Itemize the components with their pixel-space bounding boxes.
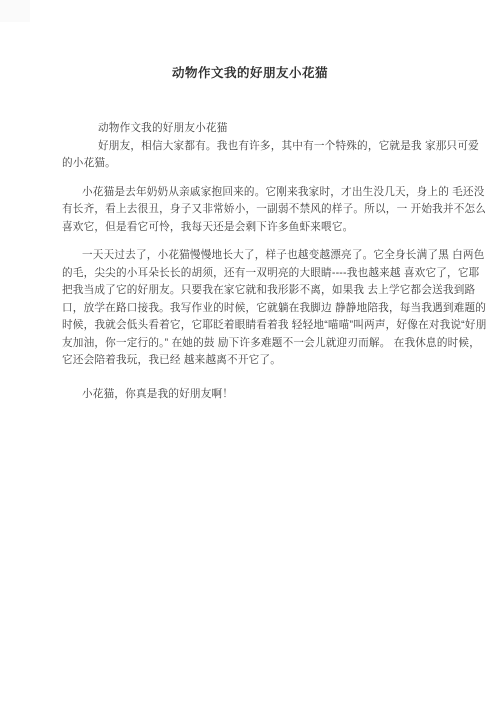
document-page: 动物作文我的好朋友小花猫 动物作文我的好朋友小花猫 好朋友，相信大家都有。我也有…: [0, 0, 500, 708]
document-body: 动物作文我的好朋友小花猫 好朋友，相信大家都有。我也有许多，其中有一个特殊的，它…: [0, 81, 500, 403]
paragraph-cat-arrival: 小花猫是去年奶奶从亲戚家抱回来的。它刚来我家时，才出生没几天，身上的 毛还没有长…: [62, 184, 487, 237]
paragraph-cat-growth: 一天天过去了，小花猫慢慢地长大了，样子也越变越漂亮了。它全身长满了黑 白两色的毛…: [62, 247, 487, 370]
scan-artifact: [0, 0, 30, 22]
paragraph-intro: 好朋友，相信大家都有。我也有许多，其中有一个特殊的，它就是我 家那只可爱的小花猫…: [62, 138, 487, 173]
paragraph-repeated-title: 动物作文我的好朋友小花猫: [62, 120, 487, 138]
paragraph-closing: 小花猫，你真是我的好朋友啊！: [62, 386, 487, 404]
document-title: 动物作文我的好朋友小花猫: [0, 0, 500, 81]
